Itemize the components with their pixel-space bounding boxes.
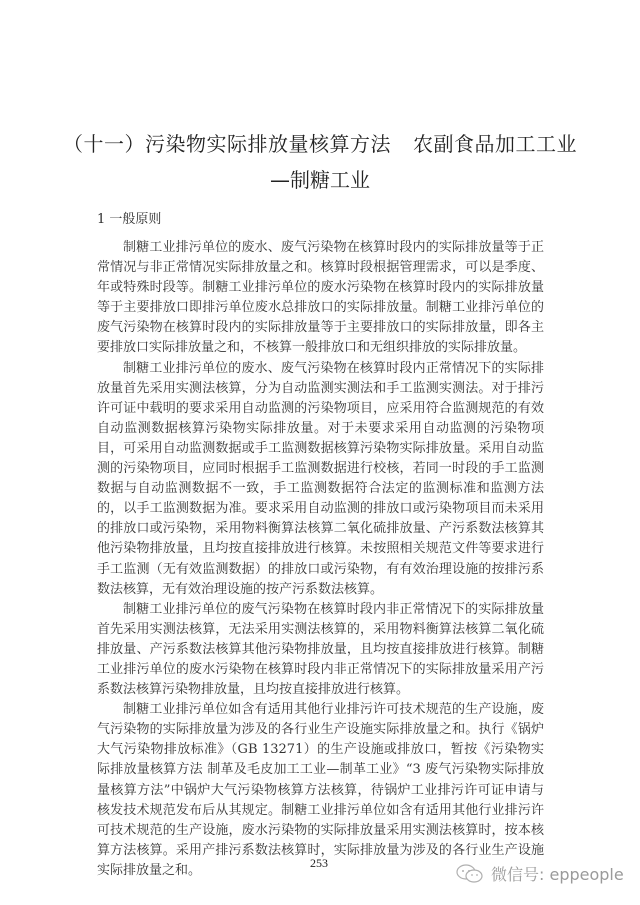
paragraph: 制糖工业排污单位如含有适用其他行业排污许可技术规范的生产设施，废气污染物的实际排… <box>97 700 544 881</box>
document-body: 制糖工业排污单位的废水、废气污染物在核算时段内的实际排放量等于正常情况与非正常情… <box>97 238 544 881</box>
watermark-text: 微信号: eppeople <box>491 862 624 885</box>
title-part2: 农副食品加工工业 <box>413 132 577 156</box>
watermark: 微信号: eppeople <box>455 862 624 885</box>
document-title-line2: —制糖工业 <box>0 164 640 193</box>
page-number: 253 <box>310 856 328 871</box>
title-part1: （十一）污染物实际排放量核算方法 <box>63 132 391 156</box>
section-heading: 1 一般原则 <box>97 208 161 227</box>
paragraph: 制糖工业排污单位的废气污染物在核算时段内非正常情况下的实际排放量首先采用实测法核… <box>97 600 544 700</box>
wechat-icon <box>455 863 485 885</box>
paragraph: 制糖工业排污单位的废水、废气污染物在核算时段内正常情况下的实际排放量首先采用实测… <box>97 359 544 600</box>
paragraph: 制糖工业排污单位的废水、废气污染物在核算时段内的实际排放量等于正常情况与非正常情… <box>97 238 544 359</box>
document-title-line1: （十一）污染物实际排放量核算方法农副食品加工工业 <box>0 128 640 157</box>
